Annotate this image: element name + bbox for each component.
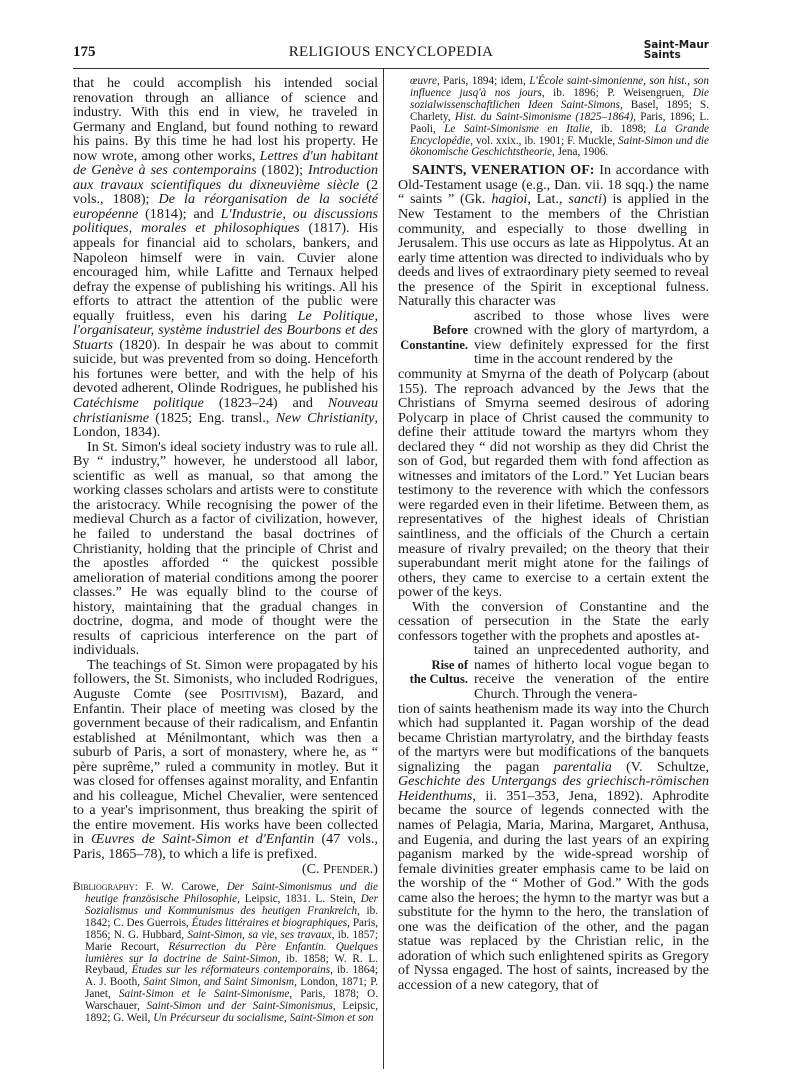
paragraph: ascribed to those whose lives were crown… [474, 309, 709, 367]
sidehead: Before Constantine. [398, 309, 474, 367]
author-signature: (C. Pfender.) [302, 862, 378, 877]
sidehead-block-rise-of-cultus: Rise of the Cultus. tained an unpreceden… [398, 643, 709, 701]
running-head: 175 RELIGIOUS ENCYCLOPEDIA Saint-Maur Sa… [73, 44, 709, 66]
bibliography-label: Bibliography [73, 881, 135, 893]
sidehead-block-before-constantine: Before Constantine. ascribed to those wh… [398, 309, 709, 367]
paragraph: tion of saints heathenism made its way i… [398, 702, 709, 993]
column-divider [383, 69, 384, 1069]
paragraph: tained an unprecedented authority, and n… [474, 643, 709, 701]
catchwords: Saint-Maur Saints [644, 40, 709, 60]
bibliography: Bibliography: F. W. Carowe, Der Saint-Si… [73, 882, 378, 1025]
article-intro: SAINTS, VENERATION OF: In accordance wit… [398, 163, 709, 308]
author-signature-line: (C. Pfender.) [73, 862, 378, 877]
bibliography-continued: œuvre, Paris, 1894; idem, L'École saint-… [398, 76, 709, 159]
sidehead: Rise of the Cultus. [398, 643, 474, 701]
paragraph: that he could accomplish his intended so… [73, 76, 378, 440]
encyclopedia-page: 175 RELIGIOUS ENCYCLOPEDIA Saint-Maur Sa… [0, 0, 800, 1088]
right-column: œuvre, Paris, 1894; idem, L'École saint-… [398, 76, 709, 993]
running-title: RELIGIOUS ENCYCLOPEDIA [73, 44, 709, 61]
paragraph: In St. Simon's ideal society industry wa… [73, 440, 378, 658]
catchword-bottom: Saints [644, 50, 709, 60]
paragraph: The teachings of St. Simon were propagat… [73, 658, 378, 862]
paragraph: With the conversion of Constantine and t… [398, 600, 709, 644]
header-rule [73, 68, 709, 69]
left-column: that he could accomplish his intended so… [73, 76, 378, 1025]
paragraph: community at Smyrna of the death of Poly… [398, 367, 709, 600]
